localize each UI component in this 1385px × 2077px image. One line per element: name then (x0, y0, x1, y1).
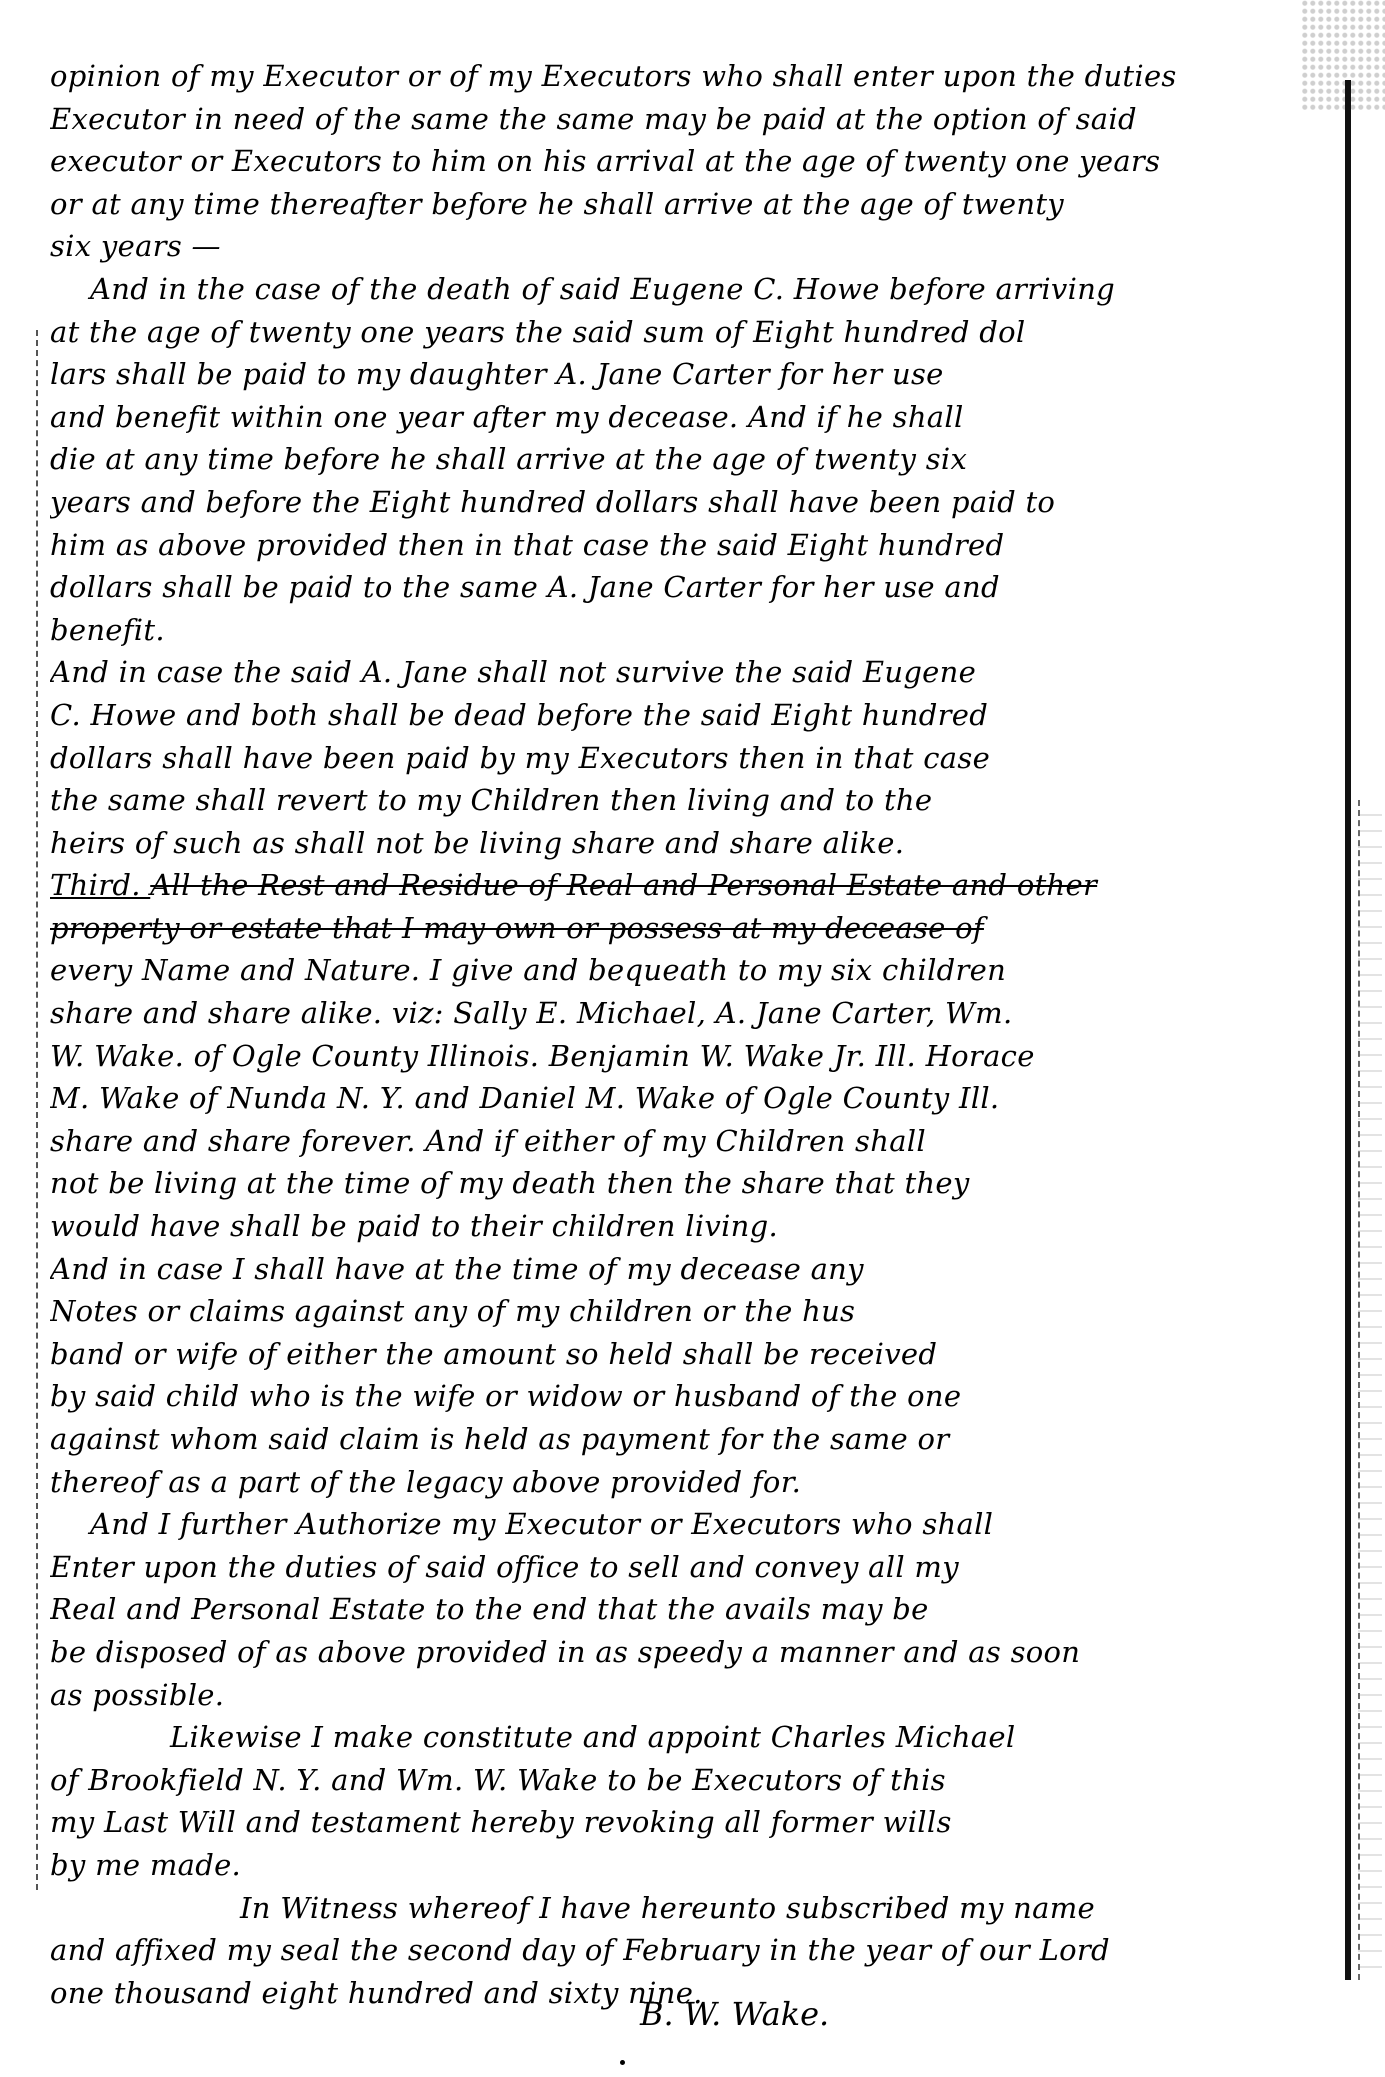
text-line: by me made. (50, 1844, 1340, 1887)
text-line: him as above provided then in that case … (50, 524, 1340, 567)
text-line: Enter upon the duties of said office to … (50, 1546, 1340, 1589)
text-line: dollars shall have been paid by my Execu… (50, 737, 1340, 780)
text-line: M. Wake of Nunda N. Y. and Daniel M. Wak… (50, 1077, 1340, 1120)
right-page-border (1345, 80, 1351, 1980)
text-line: at the age of twenty one years the said … (50, 311, 1340, 354)
text-line: die at any time before he shall arrive a… (50, 438, 1340, 481)
text-line: C. Howe and both shall be dead before th… (50, 694, 1340, 737)
text-line: by said child who is the wife or widow o… (50, 1375, 1340, 1418)
text-line: and affixed my seal the second day of Fe… (50, 1929, 1340, 1972)
text-line: In Witness whereof I have hereunto subsc… (50, 1887, 1340, 1930)
text-line: every Name and Nature. I give and bequea… (50, 949, 1340, 992)
text-line: And in case I shall have at the time of … (50, 1248, 1340, 1291)
text-line: Executor in need of the same the same ma… (50, 98, 1340, 141)
text-line: W. Wake. of Ogle County Illinois. Benjam… (50, 1035, 1340, 1078)
will-text: opinion of my Executor or of my Executor… (50, 55, 1340, 2014)
text-line: not be living at the time of my death th… (50, 1162, 1340, 1205)
text-line: share and share forever. And if either o… (50, 1120, 1340, 1163)
binding-strip (1358, 800, 1382, 1980)
left-margin-line (36, 330, 38, 1890)
text-line: executor or Executors to him on his arri… (50, 140, 1340, 183)
text-line: would have shall be paid to their childr… (50, 1205, 1340, 1248)
text-line: heirs of such as shall not be living sha… (50, 822, 1340, 865)
text-line: Third. All the Rest and Residue of Real … (50, 864, 1340, 907)
text-line: lars shall be paid to my daughter A. Jan… (50, 353, 1340, 396)
text-line: share and share alike. viz: Sally E. Mic… (50, 992, 1340, 1035)
document-page: opinion of my Executor or of my Executor… (0, 0, 1385, 2077)
text-line: Real and Personal Estate to the end that… (50, 1588, 1340, 1631)
text-line: benefit. (50, 609, 1340, 652)
text-line: six years — (50, 225, 1340, 268)
text-line: opinion of my Executor or of my Executor… (50, 55, 1340, 98)
text-line: And in the case of the death of said Eug… (50, 268, 1340, 311)
text-line: be disposed of as above provided in as s… (50, 1631, 1340, 1674)
text-line: Notes or claims against any of my childr… (50, 1290, 1340, 1333)
text-line: property or estate that I may own or pos… (50, 907, 1340, 950)
ink-dot (620, 2060, 625, 2065)
text-line: years and before the Eight hundred dolla… (50, 481, 1340, 524)
signature: B. W. Wake. (640, 1995, 829, 2033)
text-line: my Last Will and testament hereby revoki… (50, 1801, 1340, 1844)
text-line: the same shall revert to my Children the… (50, 779, 1340, 822)
text-line: thereof as a part of the legacy above pr… (50, 1461, 1340, 1504)
text-line: of Brookfield N. Y. and Wm. W. Wake to b… (50, 1759, 1340, 1802)
text-line: And in case the said A. Jane shall not s… (50, 651, 1340, 694)
text-line: against whom said claim is held as payme… (50, 1418, 1340, 1461)
text-line: or at any time thereafter before he shal… (50, 183, 1340, 226)
text-line: and benefit within one year after my dec… (50, 396, 1340, 439)
text-line: dollars shall be paid to the same A. Jan… (50, 566, 1340, 609)
text-line: band or wife of either the amount so hel… (50, 1333, 1340, 1376)
text-line: as possible. (50, 1674, 1340, 1717)
text-line: And I further Authorize my Executor or E… (50, 1503, 1340, 1546)
text-line: Likewise I make constitute and appoint C… (50, 1716, 1340, 1759)
